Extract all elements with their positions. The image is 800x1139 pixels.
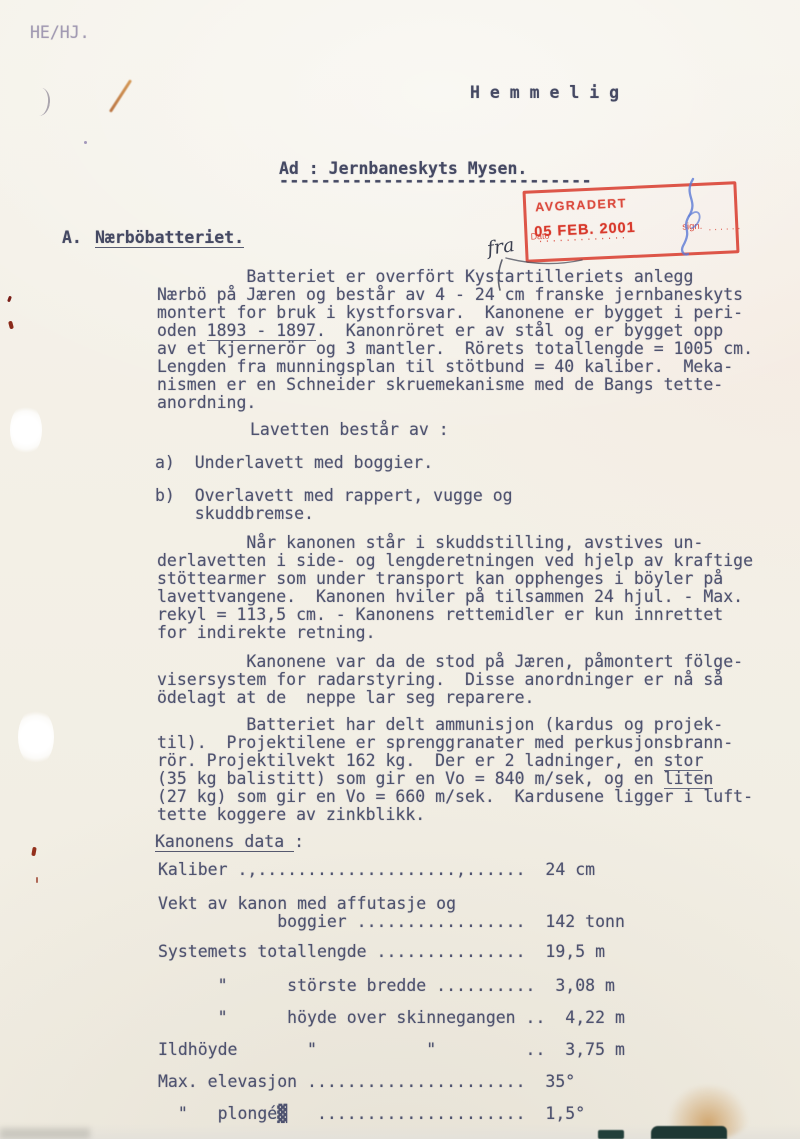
table-heading-text: Kanonens data — [155, 832, 294, 852]
typed-line: Batteriet har delt ammunisjon (kardus og… — [157, 716, 723, 734]
bottom-object — [651, 1126, 727, 1139]
typed-line: ödelagt at de neppe lar seg reparere. — [157, 689, 535, 707]
typed-line: av et kjernerör og 3 mantler. Rörets tot… — [157, 340, 753, 358]
typed-line: lavettvangene. Kanonen hviler på tilsamm… — [157, 588, 743, 606]
typed-line: (27 kg) som gir en Vo = 660 m/sek. Kardu… — [157, 788, 753, 806]
typed-line: (35 kg balistitt) som gir en Vo = 840 m/… — [157, 770, 713, 788]
table-row: Ildhöyde " " .. 3,75 m — [158, 1041, 625, 1059]
typed-line: anordning. — [157, 394, 256, 412]
typed-line: rör. Projektilvekt 162 kg. Der er 2 ladn… — [157, 752, 703, 770]
typed-line: tette koggere av zinkblikk. — [157, 806, 425, 824]
typed-line: montert for bruk i kystforsvar. Kanonene… — [157, 304, 743, 322]
reference-initials: HE/HJ. — [30, 24, 90, 42]
list-item-a: a) Underlavett med boggier. — [155, 454, 433, 472]
typed-line: til). Projektilene er sprenggranater med… — [157, 734, 733, 752]
underlined-word: liten — [664, 769, 714, 789]
bottom-object — [598, 1130, 624, 1139]
list-item-b-cont: skuddbremse. — [155, 505, 314, 523]
table-row: Max. elevasjon ...................... 35… — [158, 1073, 575, 1091]
table-row: Vekt av kanon med affutasje og — [158, 895, 456, 913]
line-segment: rör. Projektilvekt 162 kg. Der er 2 ladn… — [157, 751, 664, 770]
typed-line: Kanonene var da de stod på Jæren, påmont… — [157, 653, 743, 671]
line-segment: (35 kg balistitt) som gir en Vo = 840 m/… — [157, 769, 664, 788]
ink-speck — [84, 141, 87, 144]
typed-line: Batteriet er overfört Kystartilleriets a… — [157, 268, 693, 286]
list-item-b: b) Overlavett med rappert, vugge og — [155, 487, 513, 505]
bottom-shadow — [0, 1128, 90, 1139]
paper-blemish — [18, 708, 54, 766]
classification-header: H e m m e l i g — [470, 84, 619, 102]
table-row: " störste bredde .......... 3,08 m — [158, 977, 615, 995]
typed-line: rekyl = 113,5 cm. - Kanonens rettemidler… — [157, 606, 723, 624]
ink-speck — [8, 321, 14, 330]
section-title-text: Nærböbatteriet. — [95, 228, 244, 248]
document-page: HE/HJ. H e m m e l i g Ad : Jernbaneskyt… — [0, 0, 800, 1139]
table-row: " höyde over skinnegangen .. 4,22 m — [158, 1009, 625, 1027]
underlined-word: stor — [664, 751, 704, 771]
paper-blemish — [10, 404, 42, 456]
table-heading-colon: : — [294, 832, 304, 851]
typed-line: nismen er en Schneider skruemekanisme me… — [157, 376, 723, 394]
ink-speck — [31, 847, 37, 857]
ink-speck — [7, 296, 12, 303]
subject-underline: ------------------------------ — [279, 172, 592, 190]
typed-line: for indirekte retning. — [157, 624, 376, 642]
table-row: " plongé▓ ..................... 1,5° — [158, 1105, 585, 1123]
stamp-title: AVGRADERT — [535, 196, 627, 214]
pen-stray-mark — [35, 87, 51, 116]
typed-line: stöttearmer som under transport kan opph… — [157, 570, 723, 588]
table-row: Kaliber .,....................,...... 24… — [158, 861, 595, 879]
typed-line: Nærbö på Jæren og består av 4 - 24 cm fr… — [157, 286, 743, 304]
typed-line: oden 1893 - 1897. Kanonröret er av stål … — [157, 322, 723, 340]
line-segment: . Kanonröret er av stål og er bygget opp — [316, 321, 723, 340]
underlined-years: 1893 - 1897 — [207, 321, 316, 341]
table-heading: Kanonens data : — [155, 833, 304, 851]
typed-line: visersystem for radarstyring. Disse anor… — [157, 671, 723, 689]
line-segment: oden — [157, 321, 207, 340]
typed-line: Når kanonen står i skuddstilling, avstiv… — [157, 534, 703, 552]
section-title: Nærböbatteriet. — [95, 229, 244, 247]
list-intro: Lavetten består av : — [250, 421, 449, 439]
section-label: A. — [62, 229, 82, 247]
signature-mark — [655, 176, 715, 260]
scratch-mark — [109, 79, 132, 113]
table-row: boggier ................. 142 tonn — [158, 913, 625, 931]
ink-speck — [36, 877, 38, 883]
table-row: Systemets totallengde ............... 19… — [158, 943, 605, 961]
typed-line: derlavetten i side- og lengderetningen v… — [157, 552, 753, 570]
typed-line: Lengden fra munningsplan til stötbund = … — [157, 358, 733, 376]
